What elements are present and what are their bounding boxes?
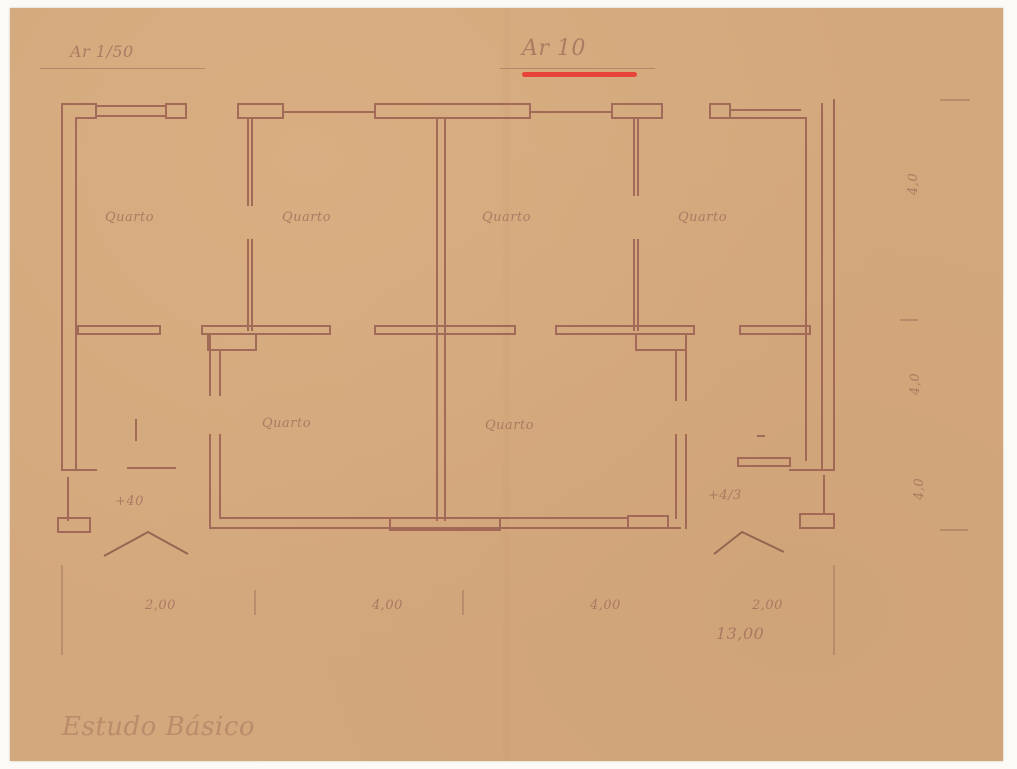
room-label: Quarto xyxy=(485,418,534,433)
scale-underline xyxy=(40,68,205,69)
room-label: Quarto xyxy=(105,210,154,225)
dimension-right-2: 4,0 xyxy=(908,373,923,395)
sheet-title: Ar 10 xyxy=(522,36,586,61)
dimension-bottom-2: 4,00 xyxy=(372,598,403,613)
room-label: Quarto xyxy=(678,210,727,225)
title-underline xyxy=(500,68,655,69)
signature: Estudo Básico xyxy=(62,712,255,742)
dimension-bottom-1: 2,00 xyxy=(145,598,176,613)
floor-plan-drawing xyxy=(0,0,1017,769)
room-label: Quarto xyxy=(282,210,331,225)
room-label: Quarto xyxy=(262,416,311,431)
dimension-right-3: 4,0 xyxy=(912,478,927,500)
room-label: Quarto xyxy=(482,210,531,225)
red-highlight-underline xyxy=(522,72,637,77)
entrance-label-left: +40 xyxy=(115,494,144,509)
dimension-right-1: 4,0 xyxy=(906,173,921,195)
scale-label: Ar 1/50 xyxy=(70,42,134,61)
dimension-total: 13,00 xyxy=(716,624,764,643)
entrance-label-right: +4/3 xyxy=(708,488,742,503)
dimension-bottom-3: 4,00 xyxy=(590,598,621,613)
dimension-bottom-4: 2,00 xyxy=(752,598,783,613)
